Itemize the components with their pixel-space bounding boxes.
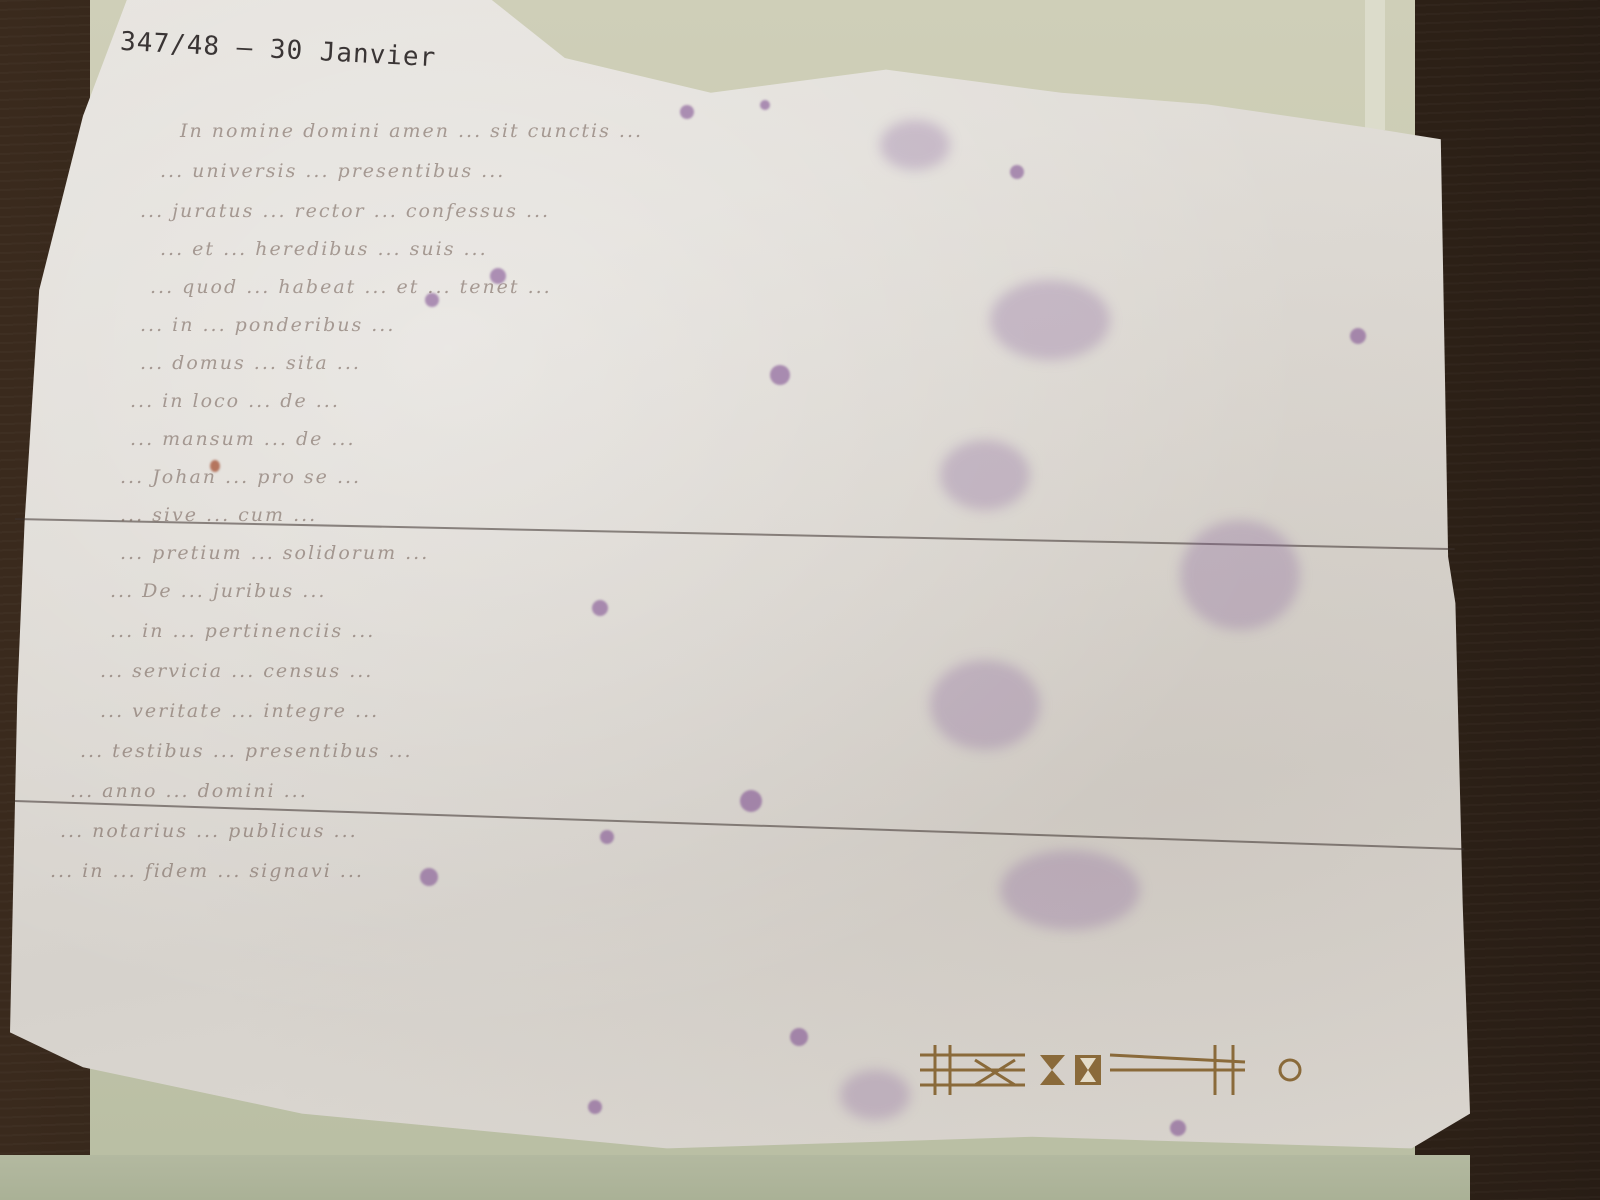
ink-stain (940, 440, 1030, 510)
ink-stain (790, 1028, 808, 1046)
ink-stain (1010, 165, 1024, 179)
manuscript-line: ... sive ... cum ... (120, 504, 317, 526)
manuscript-line: ... Johan ... pro se ... (120, 466, 361, 488)
ink-stain (680, 105, 694, 119)
ink-stain (592, 600, 608, 616)
ink-stain (990, 280, 1110, 360)
manuscript-line: ... juratus ... rector ... confessus ... (140, 200, 550, 222)
manuscript-line: ... pretium ... solidorum ... (120, 542, 429, 564)
manuscript-line: ... servicia ... census ... (100, 660, 373, 682)
ink-stain (588, 1100, 602, 1114)
notary-mark-icon (915, 1040, 1315, 1100)
ink-stain (740, 790, 762, 812)
manuscript-line: ... veritate ... integre ... (100, 700, 379, 722)
ink-stain (490, 268, 506, 284)
mount-board-edge (1365, 0, 1385, 130)
manuscript-line: ... et ... heredibus ... suis ... (160, 238, 488, 260)
manuscript-line: In nomine domini amen ... sit cunctis ..… (180, 120, 643, 142)
manuscript-line: ... domus ... sita ... (140, 352, 361, 374)
ink-stain (930, 660, 1040, 750)
ink-stain (1170, 1120, 1186, 1136)
manuscript-line: ... De ... juribus ... (110, 580, 326, 602)
manuscript-line: ... universis ... presentibus ... (160, 160, 505, 182)
ink-stain (770, 365, 790, 385)
manuscript-line: ... in ... ponderibus ... (140, 314, 395, 336)
notary-signum (915, 1040, 1315, 1100)
wax-spot (210, 460, 220, 472)
ink-stain (1180, 520, 1300, 630)
manuscript-line: ... in ... pertinenciis ... (110, 620, 375, 642)
manuscript-line: ... in ... fidem ... signavi ... (50, 860, 364, 882)
manuscript-line: ... mansum ... de ... (130, 428, 356, 450)
ink-stain (420, 868, 438, 886)
mount-board-bottom (0, 1155, 1470, 1200)
ink-stain (880, 120, 950, 170)
ink-stain (425, 293, 439, 307)
ink-stain (1000, 850, 1140, 930)
ink-stain (1350, 328, 1366, 344)
manuscript-line: ... anno ... domini ... (70, 780, 308, 802)
manuscript-line: ... notarius ... publicus ... (60, 820, 358, 842)
ink-stain (600, 830, 614, 844)
manuscript-line: ... testibus ... presentibus ... (80, 740, 413, 762)
manuscript-line: ... in loco ... de ... (130, 390, 340, 412)
ink-stain (840, 1070, 910, 1120)
ink-stain (760, 100, 770, 110)
